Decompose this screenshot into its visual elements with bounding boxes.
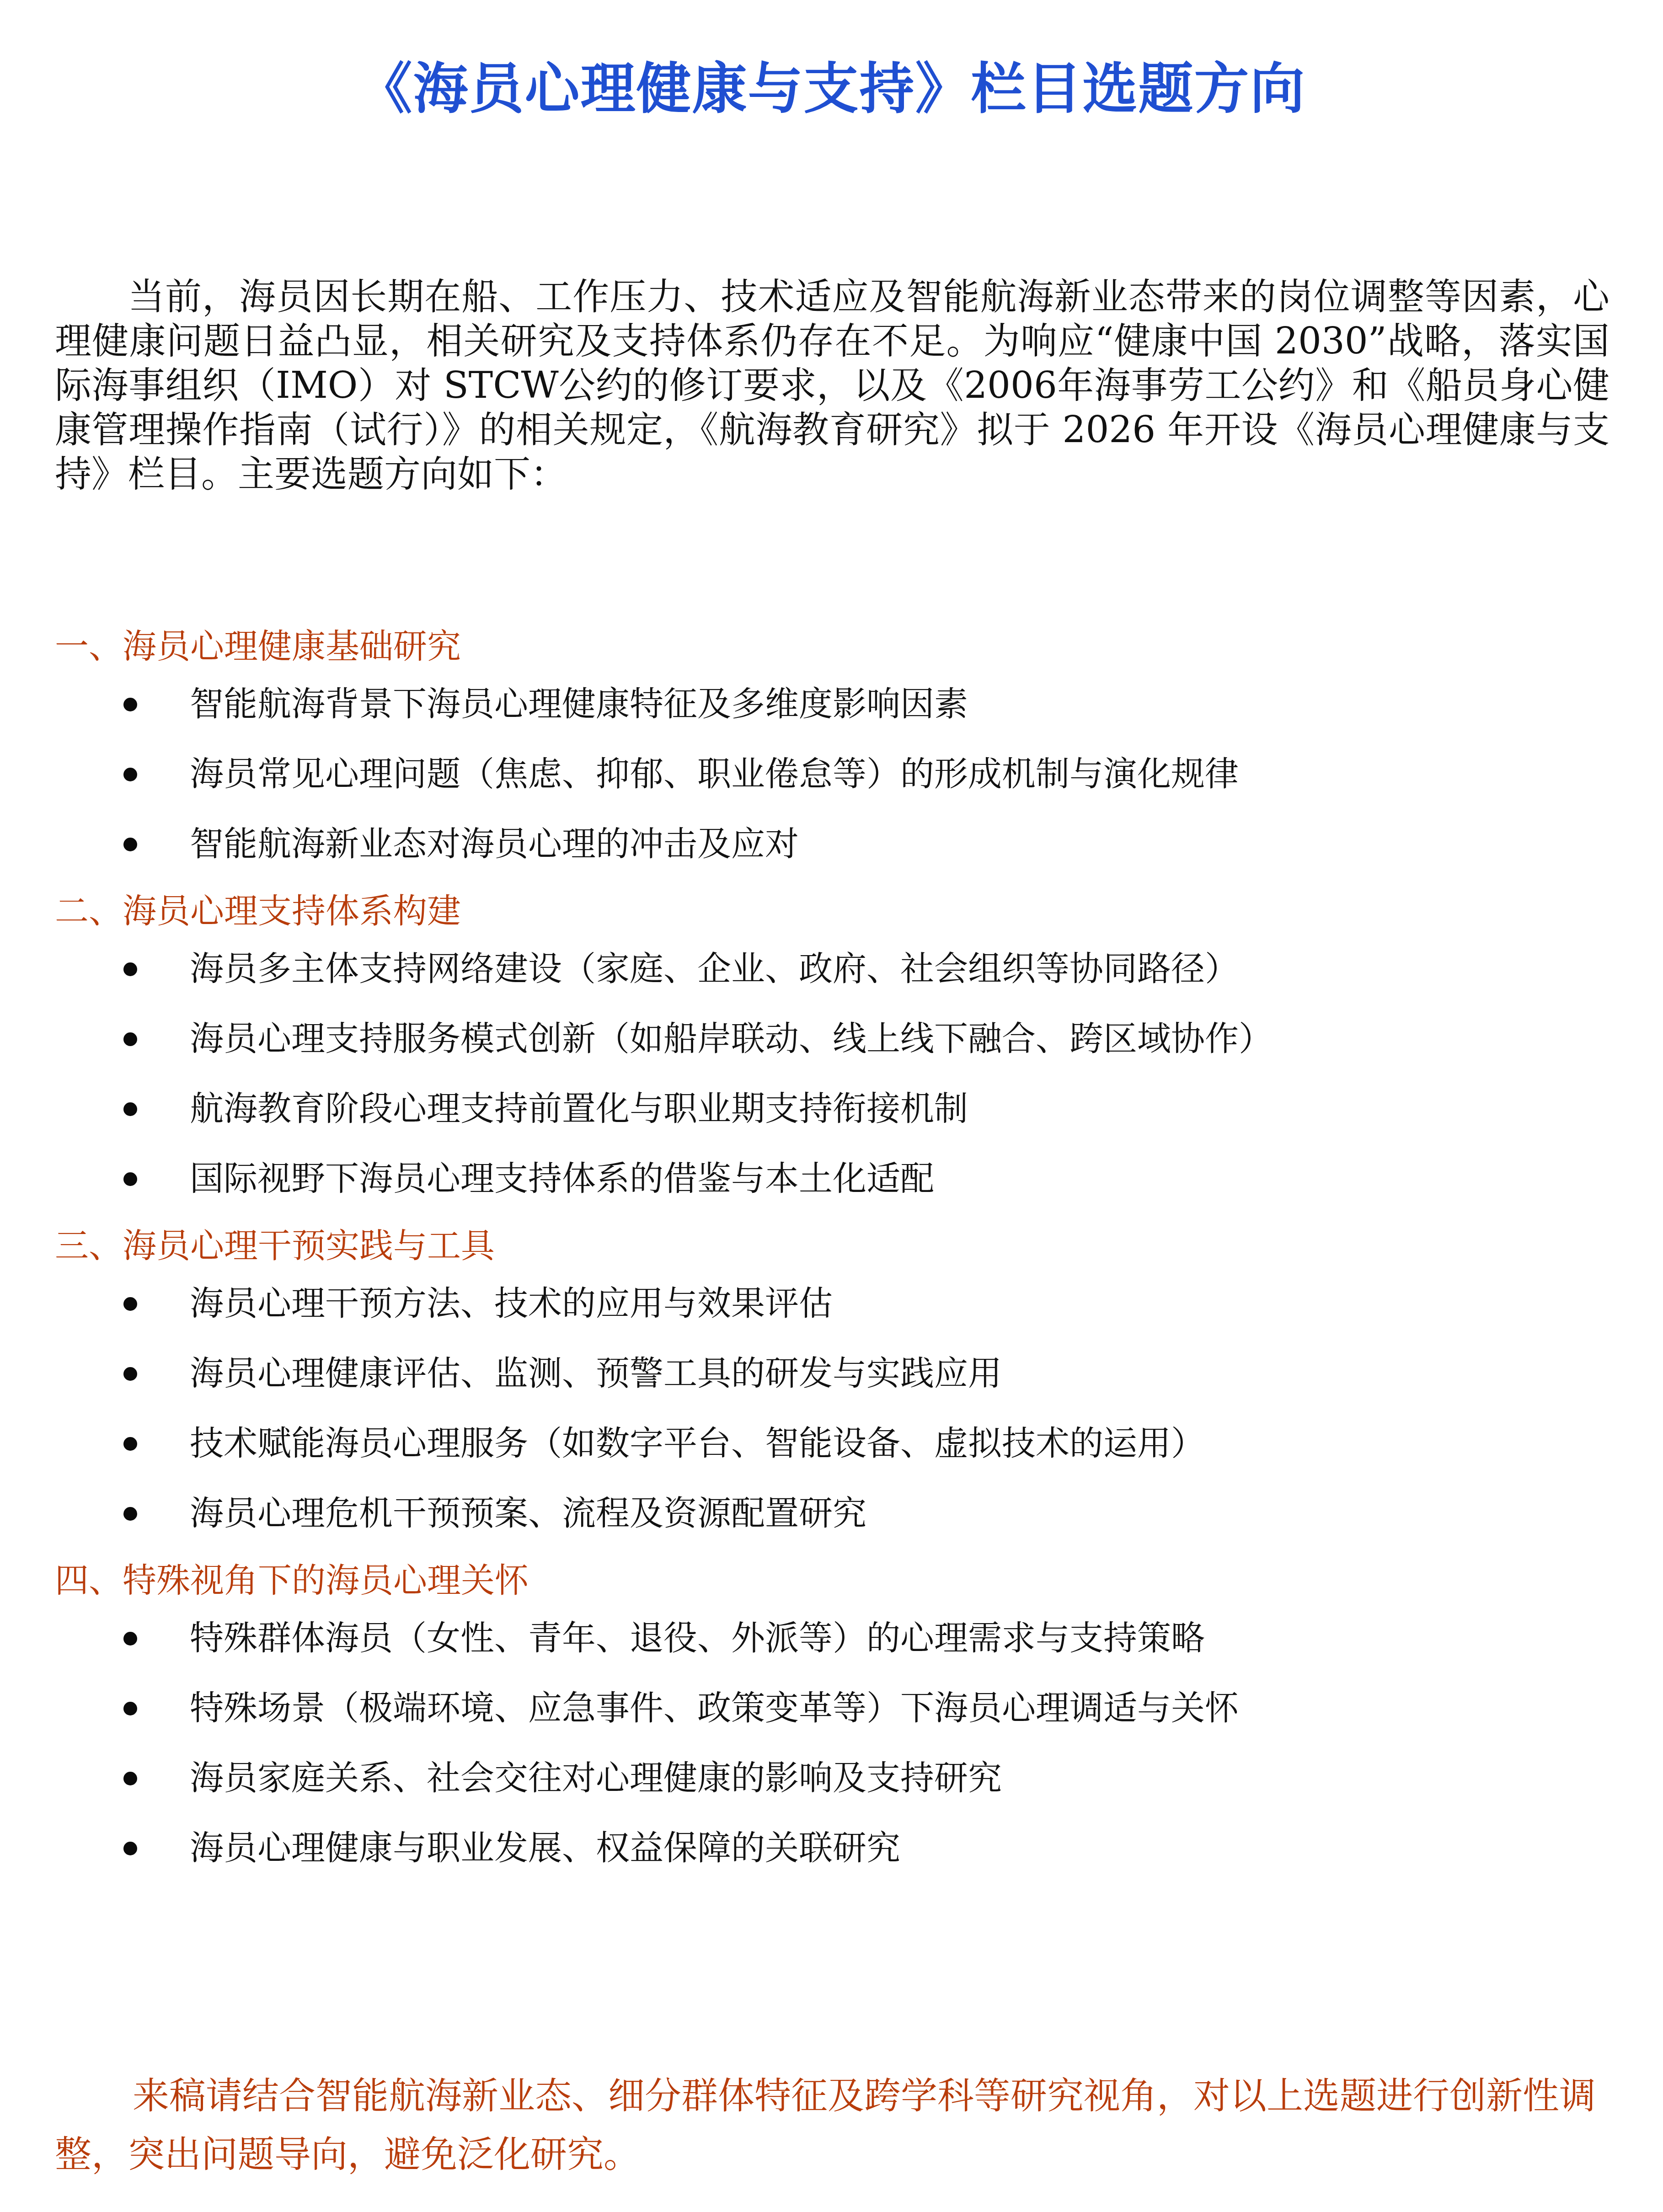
bullet-icon <box>123 1172 137 1186</box>
bullet-icon <box>123 768 137 781</box>
topic-list: 智能航海背景下海员心理健康特征及多维度影响因素 海员常见心理问题（焦虑、抑郁、职… <box>0 681 1663 891</box>
list-item: 海员家庭关系、社会交往对心理健康的影响及支持研究 <box>0 1755 1663 1825</box>
list-item-text: 智能航海背景下海员心理健康特征及多维度影响因素 <box>190 681 968 727</box>
list-item-text: 国际视野下海员心理支持体系的借鉴与本土化适配 <box>190 1156 934 1202</box>
list-item-text: 海员心理危机干预预案、流程及资源配置研究 <box>190 1491 866 1536</box>
list-item: 技术赋能海员心理服务（如数字平台、智能设备、虚拟技术的运用） <box>0 1421 1663 1491</box>
list-item: 海员心理干预方法、技术的应用与效果评估 <box>0 1281 1663 1351</box>
bullet-icon <box>123 1632 137 1646</box>
list-item: 海员心理健康与职业发展、权益保障的关联研究 <box>0 1825 1663 1895</box>
list-item-text: 海员心理健康评估、监测、预警工具的研发与实践应用 <box>190 1351 1002 1396</box>
list-item-text: 海员心理干预方法、技术的应用与效果评估 <box>190 1281 833 1326</box>
section-3: 三、海员心理干预实践与工具 海员心理干预方法、技术的应用与效果评估 海员心理健康… <box>0 1226 1663 1560</box>
bullet-icon <box>123 1032 137 1046</box>
bullet-icon <box>123 838 137 851</box>
page-title: 《海员心理健康与支持》栏目选题方向 <box>0 55 1663 123</box>
list-item-text: 海员常见心理问题（焦虑、抑郁、职业倦怠等）的形成机制与演化规律 <box>190 751 1239 797</box>
list-item: 特殊场景（极端环境、应急事件、政策变革等）下海员心理调适与关怀 <box>0 1685 1663 1755</box>
list-item-text: 海员多主体支持网络建设（家庭、企业、政府、社会组织等协同路径） <box>190 946 1239 992</box>
list-item-text: 航海教育阶段心理支持前置化与职业期支持衔接机制 <box>190 1086 968 1132</box>
bullet-icon <box>123 1702 137 1715</box>
list-item: 海员常见心理问题（焦虑、抑郁、职业倦怠等）的形成机制与演化规律 <box>0 751 1663 821</box>
bullet-icon <box>123 962 137 976</box>
list-item: 智能航海背景下海员心理健康特征及多维度影响因素 <box>0 681 1663 751</box>
section-heading: 一、海员心理健康基础研究 <box>55 626 1663 681</box>
section-heading: 二、海员心理支持体系构建 <box>55 891 1663 946</box>
list-item-text: 海员家庭关系、社会交往对心理健康的影响及支持研究 <box>190 1755 1002 1801</box>
section-2: 二、海员心理支持体系构建 海员多主体支持网络建设（家庭、企业、政府、社会组织等协… <box>0 891 1663 1226</box>
bullet-icon <box>123 1437 137 1451</box>
intro-paragraph: 当前，海员因长期在船、工作压力、技术适应及智能航海新业态带来的岗位调整等因素，心… <box>55 274 1610 496</box>
list-item: 智能航海新业态对海员心理的冲击及应对 <box>0 821 1663 891</box>
closing-note: 来稿请结合智能航海新业态、细分群体特征及跨学科等研究视角，对以上选题进行创新性调… <box>55 2067 1610 2184</box>
section-heading: 三、海员心理干预实践与工具 <box>55 1226 1663 1281</box>
list-item-text: 技术赋能海员心理服务（如数字平台、智能设备、虚拟技术的运用） <box>190 1421 1205 1466</box>
list-item: 海员心理健康评估、监测、预警工具的研发与实践应用 <box>0 1351 1663 1421</box>
list-item: 海员多主体支持网络建设（家庭、企业、政府、社会组织等协同路径） <box>0 946 1663 1016</box>
bullet-icon <box>123 1842 137 1855</box>
list-item: 国际视野下海员心理支持体系的借鉴与本土化适配 <box>0 1156 1663 1226</box>
bullet-icon <box>123 1367 137 1381</box>
list-item-text: 特殊群体海员（女性、青年、退役、外派等）的心理需求与支持策略 <box>190 1615 1205 1661</box>
section-heading: 四、特殊视角下的海员心理关怀 <box>55 1560 1663 1615</box>
list-item: 海员心理危机干预预案、流程及资源配置研究 <box>0 1491 1663 1560</box>
list-item: 特殊群体海员（女性、青年、退役、外派等）的心理需求与支持策略 <box>0 1615 1663 1685</box>
section-4: 四、特殊视角下的海员心理关怀 特殊群体海员（女性、青年、退役、外派等）的心理需求… <box>0 1560 1663 1895</box>
list-item: 航海教育阶段心理支持前置化与职业期支持衔接机制 <box>0 1086 1663 1156</box>
topic-list: 海员心理干预方法、技术的应用与效果评估 海员心理健康评估、监测、预警工具的研发与… <box>0 1281 1663 1560</box>
list-item-text: 海员心理支持服务模式创新（如船岸联动、线上线下融合、跨区域协作） <box>190 1016 1273 1062</box>
list-item-text: 智能航海新业态对海员心理的冲击及应对 <box>190 821 799 867</box>
bullet-icon <box>123 1772 137 1785</box>
list-item-text: 海员心理健康与职业发展、权益保障的关联研究 <box>190 1825 900 1871</box>
list-item-text: 特殊场景（极端环境、应急事件、政策变革等）下海员心理调适与关怀 <box>190 1685 1239 1731</box>
list-item: 海员心理支持服务模式创新（如船岸联动、线上线下融合、跨区域协作） <box>0 1016 1663 1086</box>
topic-sections: 一、海员心理健康基础研究 智能航海背景下海员心理健康特征及多维度影响因素 海员常… <box>0 626 1663 1895</box>
topic-list: 海员多主体支持网络建设（家庭、企业、政府、社会组织等协同路径） 海员心理支持服务… <box>0 946 1663 1226</box>
bullet-icon <box>123 1297 137 1311</box>
topic-list: 特殊群体海员（女性、青年、退役、外派等）的心理需求与支持策略 特殊场景（极端环境… <box>0 1615 1663 1895</box>
bullet-icon <box>123 1507 137 1521</box>
bullet-icon <box>123 1102 137 1116</box>
bullet-icon <box>123 698 137 711</box>
section-1: 一、海员心理健康基础研究 智能航海背景下海员心理健康特征及多维度影响因素 海员常… <box>0 626 1663 891</box>
